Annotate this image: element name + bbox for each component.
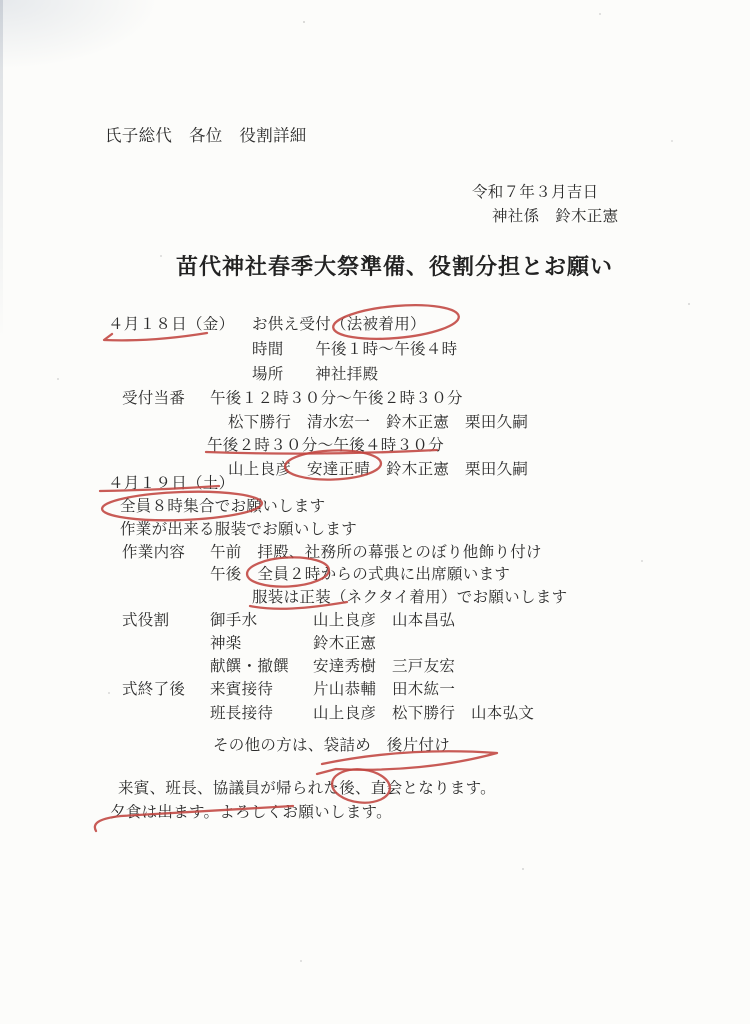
- shift1-names: 松下勝行 清水宏一 鈴木正憲 栗田久嗣: [228, 414, 528, 432]
- sender-line: 神社係 鈴木正憲: [492, 208, 618, 226]
- clothing-note: 作業が出来る服装でお願いします: [120, 521, 357, 539]
- role-kensen: 献饌・撤饌: [210, 658, 289, 676]
- april18-place-row: 場所 神社拝殿: [252, 366, 378, 384]
- work-content-label: 作業内容: [122, 544, 185, 562]
- work-morning: 午前 拝殿、社務所の幕張とのぼり他飾り付け: [210, 544, 542, 562]
- role-leader-reception: 班長接待: [210, 705, 273, 723]
- addressee-line: 氏子総代 各位 役割詳細: [105, 127, 307, 146]
- april18-date-label: ４月１８日（金）: [108, 316, 234, 334]
- document-title: 苗代神社春季大祭準備、役割分担とお願い: [176, 254, 613, 279]
- red-pen-annotations: [0, 0, 750, 1024]
- red-underline-april18: [104, 333, 207, 340]
- after-ceremony-label: 式終了後: [122, 681, 185, 699]
- dinner-note: 夕食は出ます。よろしくお願いします。: [110, 804, 392, 822]
- role-guest-reception: 来賓接待: [210, 681, 273, 699]
- role-temizu-names: 山上良彦 山本昌弘: [313, 612, 455, 630]
- scan-left-edge: [0, 0, 3, 340]
- reception-duty-label: 受付当番: [122, 390, 185, 408]
- shift2-names: 山上良彦 安達正晴 鈴木正憲 栗田久嗣: [228, 461, 528, 479]
- work-afternoon: 午後 全員２時からの式典に出席願います: [210, 566, 510, 584]
- assembly-note: 全員８時集合でお願いします: [120, 498, 325, 516]
- dress-code-note: 服装は正装（ネクタイ着用）でお願いします: [252, 589, 567, 607]
- role-kagura-names: 鈴木正憲: [313, 635, 376, 653]
- role-leader-reception-names: 山上良彦 松下勝行 山本弘文: [313, 705, 534, 723]
- scan-specks: [0, 0, 2, 2]
- shift1-time: 午後１２時３０分～午後２時３０分: [210, 390, 463, 408]
- naorai-note: 来賓、班長、協議員が帰られた後、直会となります。: [118, 780, 496, 798]
- scanned-document-page: 氏子総代 各位 役割詳細 令和７年３月吉日 神社係 鈴木正憲 苗代神社春季大祭準…: [0, 0, 750, 1024]
- april18-event: お供え受付（法被着用）: [252, 316, 426, 334]
- role-temizu: 御手水: [210, 612, 257, 630]
- document-date: 令和７年３月吉日: [472, 184, 598, 202]
- others-task-note: その他の方は、袋詰め 後片付け: [213, 737, 450, 755]
- ceremony-roles-label: 式役割: [122, 612, 169, 630]
- role-guest-reception-names: 片山恭輔 田木紘一: [313, 681, 455, 699]
- scan-corner-smudge: [0, 0, 160, 70]
- role-kensen-names: 安達秀樹 三戸友宏: [313, 658, 455, 676]
- role-kagura: 神楽: [210, 635, 242, 653]
- april19-date-label: ４月１９日（土）: [108, 475, 234, 493]
- april18-time-row: 時間 午後１時～午後４時: [252, 341, 457, 359]
- shift2-time: 午後２時３０分～午後４時３０分: [207, 437, 444, 455]
